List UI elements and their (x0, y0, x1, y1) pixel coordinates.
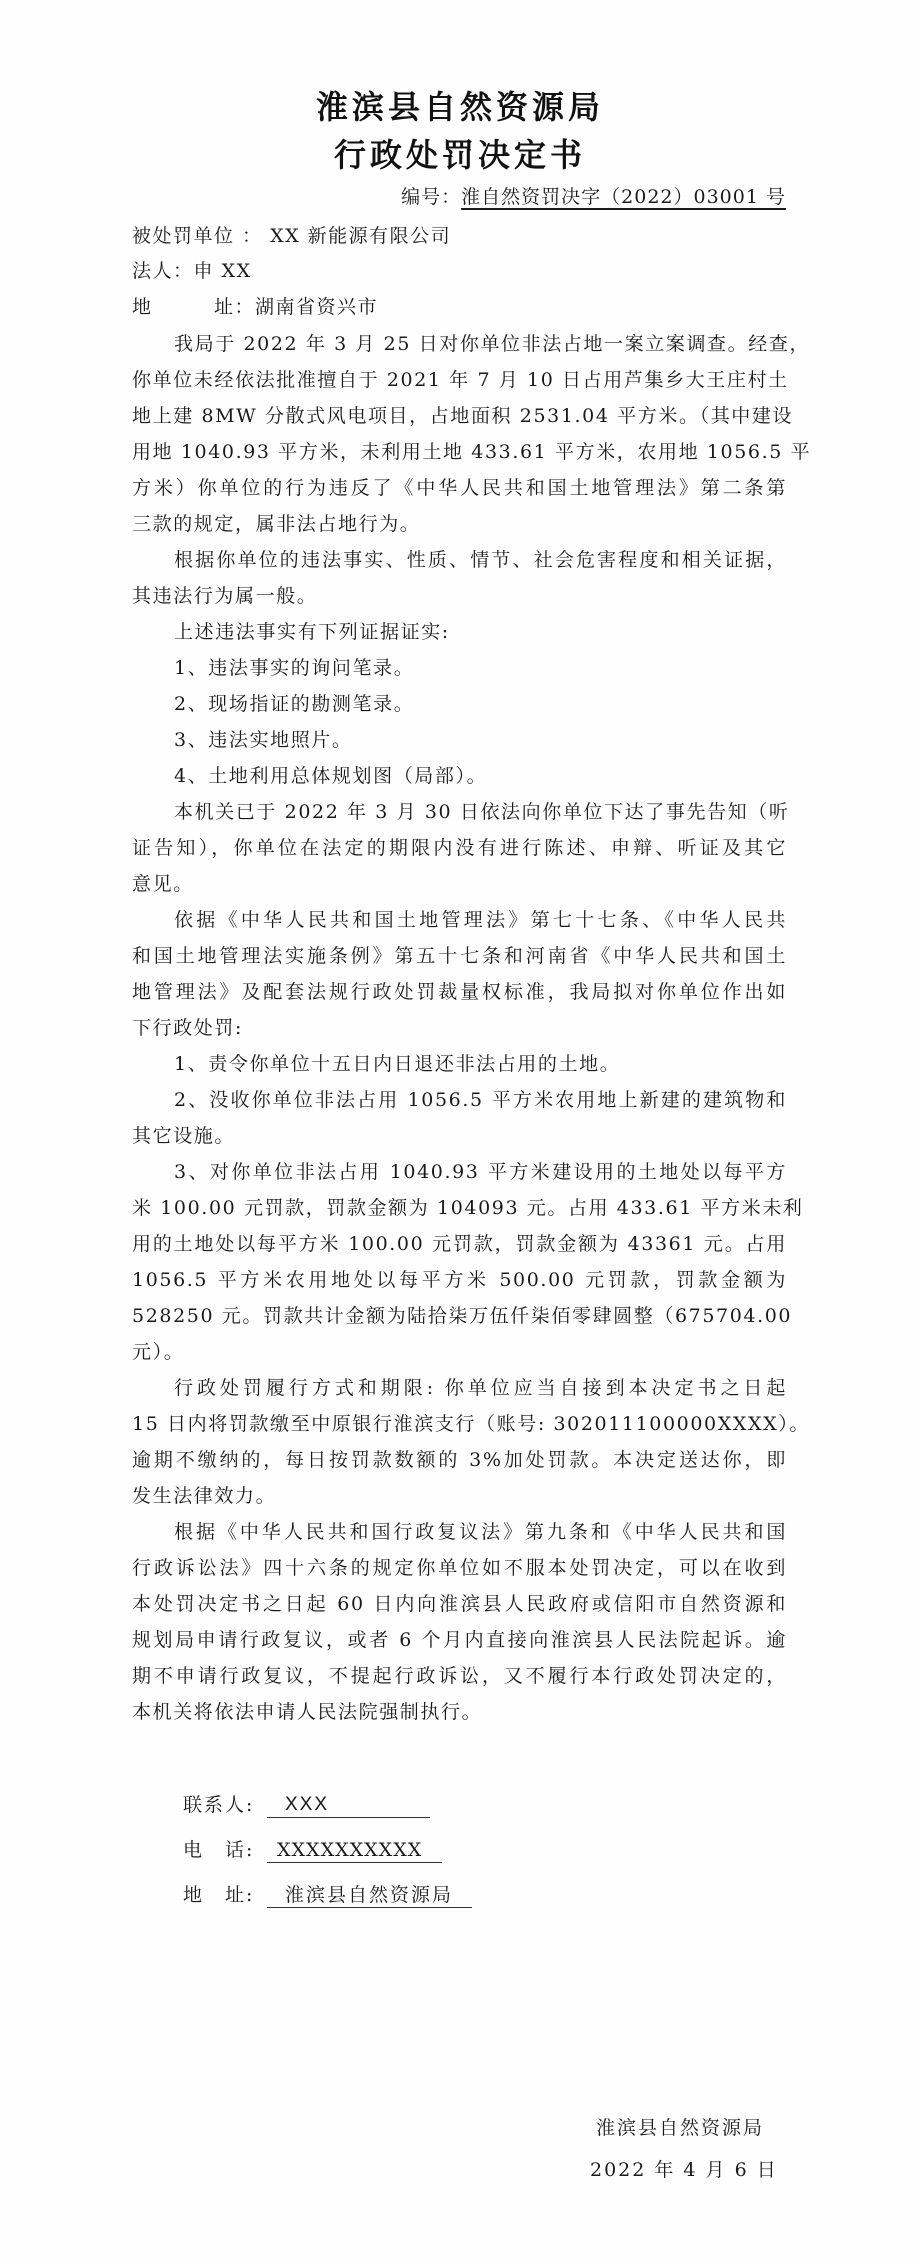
entity-label: 被处罚单位 ： (132, 225, 263, 247)
contact-person-value: XXX (267, 1792, 430, 1818)
facts-line: 三款的规定，属非法占地行为。 (132, 511, 787, 537)
penalty-3-line: 528250 元。罚款共计金额为陆拾柒万伍仟柒佰零肆圆整（675704.00 (132, 1303, 787, 1329)
payment-line: 逾期不缴纳的，每日按罚款数额的 3%加处罚款。本决定送达你，即 (132, 1447, 787, 1473)
evidence-item: 3、违法实地照片。 (174, 727, 787, 753)
severity-line: 其违法行为属一般。 (132, 583, 787, 609)
basis-line: 和国土地管理法实施条例》第五十七条和河南省《中华人民共和国土 (132, 943, 787, 969)
facts-line: 你单位未经依法批准擅自于 2021 年 7 月 10 日占用芦集乡大王庄村土 (132, 367, 787, 393)
basis-line: 地管理法》及配套法规行政处罚裁量权标准，我局拟对你单位作出如 (132, 979, 787, 1005)
entity-address: 地 址：湖南省资兴市 (132, 294, 378, 320)
evidence-item: 4、土地利用总体规划图（局部）。 (174, 763, 787, 789)
contact-person-label: 联系人: (183, 1792, 267, 1818)
reference-number: 编号：淮自然资罚决字（2022）03001 号 (401, 184, 786, 210)
appeal-line: 期不申请行政复议，不提起行政诉讼，又不履行本行政处罚决定的， (132, 1663, 787, 1689)
legal-representative: 法人：申 XX (132, 258, 252, 284)
notice-line: 本机关已于 2022 年 3 月 30 日依法向你单位下达了事先告知（听 (174, 799, 787, 825)
facts-line: 我局于 2022 年 3 月 25 日对你单位非法占地一案立案调查。经查， (174, 331, 787, 357)
penalized-entity: 被处罚单位 ： XX 新能源有限公司 (132, 223, 451, 249)
document-title: 行政处罚决定书 (0, 135, 920, 175)
basis-line: 依据《中华人民共和国土地管理法》第七十七条、《中华人民共 (174, 907, 787, 933)
org-title: 淮滨县自然资源局 (0, 87, 920, 127)
evidence-item: 1、违法事实的询问笔录。 (174, 655, 787, 681)
legal-rep-value: 申 XX (194, 260, 252, 282)
reference-label: 编号： (401, 186, 461, 208)
notice-line: 意见。 (132, 871, 787, 897)
contact-person: 联系人:XXX (183, 1792, 430, 1818)
penalty-3-line: 元）。 (132, 1339, 787, 1365)
appeal-line: 本处罚决定书之日起 60 日内向淮滨县人民政府或信阳市自然资源和 (132, 1591, 787, 1617)
contact-phone: 电 话:XXXXXXXXXX (183, 1837, 442, 1863)
legal-rep-label: 法人： (132, 260, 194, 282)
notice-line: 证告知），你单位在法定的期限内没有进行陈述、申辩、听证及其它 (132, 835, 787, 861)
address-label: 地 址： (132, 296, 255, 318)
document-page: 淮滨县自然资源局 行政处罚决定书 编号：淮自然资罚决字（2022）03001 号… (0, 0, 920, 2259)
basis-line: 下行政处罚: (132, 1015, 787, 1041)
penalty-2-line: 2、没收你单位非法占用 1056.5 平方米农用地上新建的建筑物和 (174, 1087, 787, 1113)
contact-address-label: 地 址: (183, 1882, 267, 1908)
facts-line: 方米）你单位的行为违反了《中华人民共和国土地管理法》第二条第 (132, 475, 787, 501)
address-value: 湖南省资兴市 (255, 296, 378, 318)
payment-line: 行政处罚履行方式和期限: 你单位应当自接到本决定书之日起 (174, 1375, 787, 1401)
appeal-line: 行政诉讼法》四十六条的规定你单位如不服本处罚决定，可以在收到 (132, 1555, 787, 1581)
payment-line: 发生法律效力。 (132, 1483, 787, 1509)
contact-phone-value: XXXXXXXXXX (267, 1837, 442, 1863)
appeal-line: 根据《中华人民共和国行政复议法》第九条和《中华人民共和国 (174, 1519, 787, 1545)
reference-value: 淮自然资罚决字（2022）03001 号 (461, 186, 786, 208)
payment-line: 15 日内将罚款缴至中原银行淮滨支行（账号: 302011100000XXXX）… (132, 1411, 787, 1437)
penalty-1: 1、责令你单位十五日内日退还非法占用的土地。 (174, 1051, 787, 1077)
contact-address: 地 址:淮滨县自然资源局 (183, 1882, 472, 1908)
signature-date: 2022 年 4 月 6 日 (590, 2157, 770, 2183)
contact-phone-label: 电 话: (183, 1837, 267, 1863)
penalty-3-line: 用的土地处以每平方米 100.00 元罚款，罚款金额为 43361 元。占用 (132, 1231, 787, 1257)
penalty-3-line: 1056.5 平方米农用地处以每平方米 500.00 元罚款，罚款金额为 (132, 1267, 787, 1293)
penalty-3-line: 3、对你单位非法占用 1040.93 平方米建设用的土地处以每平方 (174, 1159, 787, 1185)
contact-address-value: 淮滨县自然资源局 (267, 1882, 472, 1908)
facts-line: 用地 1040.93 平方米，未利用土地 433.61 平方米，农用地 1056… (132, 439, 787, 465)
appeal-line: 本机关将依法申请人民法院强制执行。 (132, 1699, 787, 1725)
evidence-item: 2、现场指证的勘测笔录。 (174, 691, 787, 717)
evidence-intro: 上述违法事实有下列证据证实: (174, 619, 787, 645)
penalty-2-line: 其它设施。 (132, 1123, 787, 1149)
severity-line: 根据你单位的违法事实、性质、情节、社会危害程度和相关证据， (174, 547, 787, 573)
appeal-line: 规划局申请行政复议，或者 6 个月内直接向淮滨县人民法院起诉。逾 (132, 1627, 787, 1653)
penalty-3-line: 米 100.00 元罚款，罚款金额为 104093 元。占用 433.61 平方… (132, 1195, 787, 1221)
entity-value: XX 新能源有限公司 (270, 225, 451, 247)
signature-org: 淮滨县自然资源局 (590, 2115, 770, 2141)
facts-line: 地上建 8MW 分散式风电项目，占地面积 2531.04 平方米。（其中建设 (132, 403, 787, 429)
